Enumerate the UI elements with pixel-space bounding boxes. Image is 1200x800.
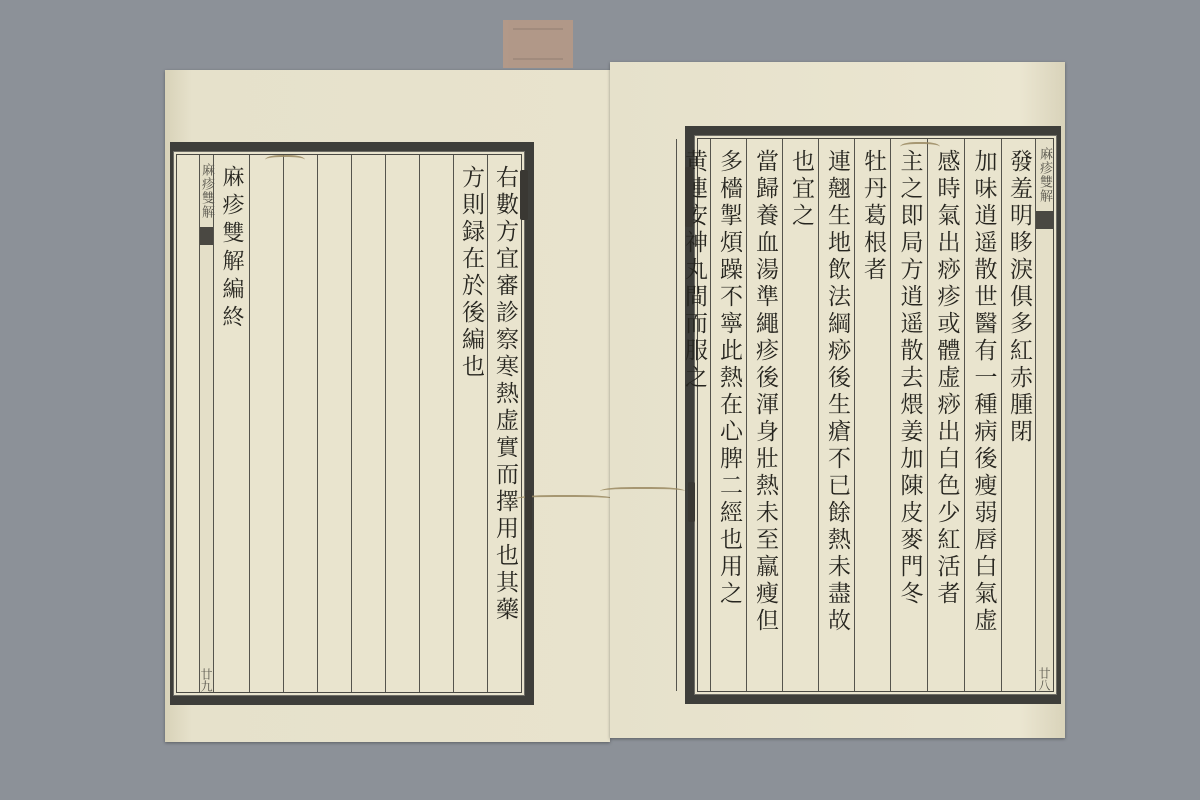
page-number: 廿八 — [1036, 667, 1053, 691]
text-column: 連翹生地飲法綱痧後生瘡不已餘熱未盡故 — [818, 139, 854, 691]
fishtail-mark — [200, 227, 213, 245]
column-text: 連翹生地飲法綱痧後生瘡不已餘熱未盡故 — [821, 149, 852, 635]
wormhole-damage — [265, 155, 305, 167]
column-text: 主之即局方逍遥散去煨姜加陳皮麥門冬 — [894, 149, 925, 608]
right-page: 麻疹雙解 廿八 發羞明眵淚俱多紅赤腫閉 加味逍遥散世醫有一種病後瘦弱唇白氣虚 感… — [610, 62, 1065, 738]
text-column — [419, 155, 453, 692]
fishtail-mark — [1036, 211, 1053, 229]
text-column: 黄連安神丸間而服之 — [676, 139, 710, 691]
text-column — [283, 155, 317, 692]
binding-thread — [520, 170, 528, 220]
text-column: 加味逍遥散世醫有一種病後瘦弱唇白氣虚 — [964, 139, 1001, 691]
wormhole-damage — [600, 487, 685, 497]
binding-thread — [525, 490, 532, 530]
text-column — [249, 155, 283, 692]
text-column: 也宜之 — [782, 139, 818, 691]
text-column — [351, 155, 385, 692]
closing-title: 麻疹雙解編終 — [216, 165, 247, 333]
fold-label: 麻疹雙解 — [1035, 147, 1054, 203]
column-text: 加味逍遥散世醫有一種病後瘦弱唇白氣虚 — [968, 149, 999, 635]
binding-thread — [688, 482, 695, 522]
left-page: 右數方宜審診察寒熱虚實而擇用也其藥 方則録在於後編也 麻疹雙解編終 麻疹雙解 廿… — [165, 70, 610, 742]
column-text: 方則録在於後編也 — [455, 165, 486, 381]
column-text: 牡丹葛根者 — [857, 149, 888, 284]
closing-title-column: 麻疹雙解編終 — [213, 155, 249, 692]
column-text: 多檣掣煩躁不寧此熱在心脾二經也用之 — [713, 149, 744, 608]
binding-thread — [685, 167, 693, 227]
column-text: 當歸養血湯準繩疹後渾身壯熱未至羸瘦但 — [749, 149, 780, 635]
left-page-columns: 右數方宜審診察寒熱虚實而擇用也其藥 方則録在於後編也 麻疹雙解編終 麻疹雙解 廿… — [176, 154, 522, 693]
column-text: 也宜之 — [785, 149, 816, 230]
text-column: 方則録在於後編也 — [453, 155, 487, 692]
text-column: 發羞明眵淚俱多紅赤腫閉 — [1001, 139, 1035, 691]
text-column: 主之即局方逍遥散去煨姜加陳皮麥門冬 — [890, 139, 927, 691]
text-column: 多檣掣煩躁不寧此熱在心脾二經也用之 — [710, 139, 746, 691]
column-text: 黄連安神丸間而服之 — [678, 149, 709, 392]
fold-column: 麻疹雙解 廿九 — [199, 155, 213, 692]
library-seal-stamp — [503, 20, 573, 68]
fold-column: 麻疹雙解 廿八 — [1035, 139, 1053, 691]
text-column: 右數方宜審診察寒熱虚實而擇用也其藥 — [487, 155, 521, 692]
right-page-columns: 麻疹雙解 廿八 發羞明眵淚俱多紅赤腫閉 加味逍遥散世醫有一種病後瘦弱唇白氣虚 感… — [697, 138, 1054, 692]
column-text: 感時氣出痧疹或體虚痧出白色少紅活者 — [931, 149, 962, 608]
text-column: 當歸養血湯準繩疹後渾身壯熱未至羸瘦但 — [746, 139, 782, 691]
column-text: 發羞明眵淚俱多紅赤腫閉 — [1003, 149, 1034, 446]
wormhole-damage — [900, 142, 940, 154]
left-page-frame: 右數方宜審診察寒熱虚實而擇用也其藥 方則録在於後編也 麻疹雙解編終 麻疹雙解 廿… — [170, 142, 534, 705]
text-column — [317, 155, 351, 692]
column-text: 右數方宜審診察寒熱虚實而擇用也其藥 — [489, 165, 520, 624]
right-page-frame: 麻疹雙解 廿八 發羞明眵淚俱多紅赤腫閉 加味逍遥散世醫有一種病後瘦弱唇白氣虚 感… — [685, 126, 1061, 704]
open-book: 右數方宜審診察寒熱虚實而擇用也其藥 方則録在於後編也 麻疹雙解編終 麻疹雙解 廿… — [165, 62, 1065, 742]
text-column — [385, 155, 419, 692]
text-column: 牡丹葛根者 — [854, 139, 890, 691]
text-column: 感時氣出痧疹或體虚痧出白色少紅活者 — [927, 139, 964, 691]
